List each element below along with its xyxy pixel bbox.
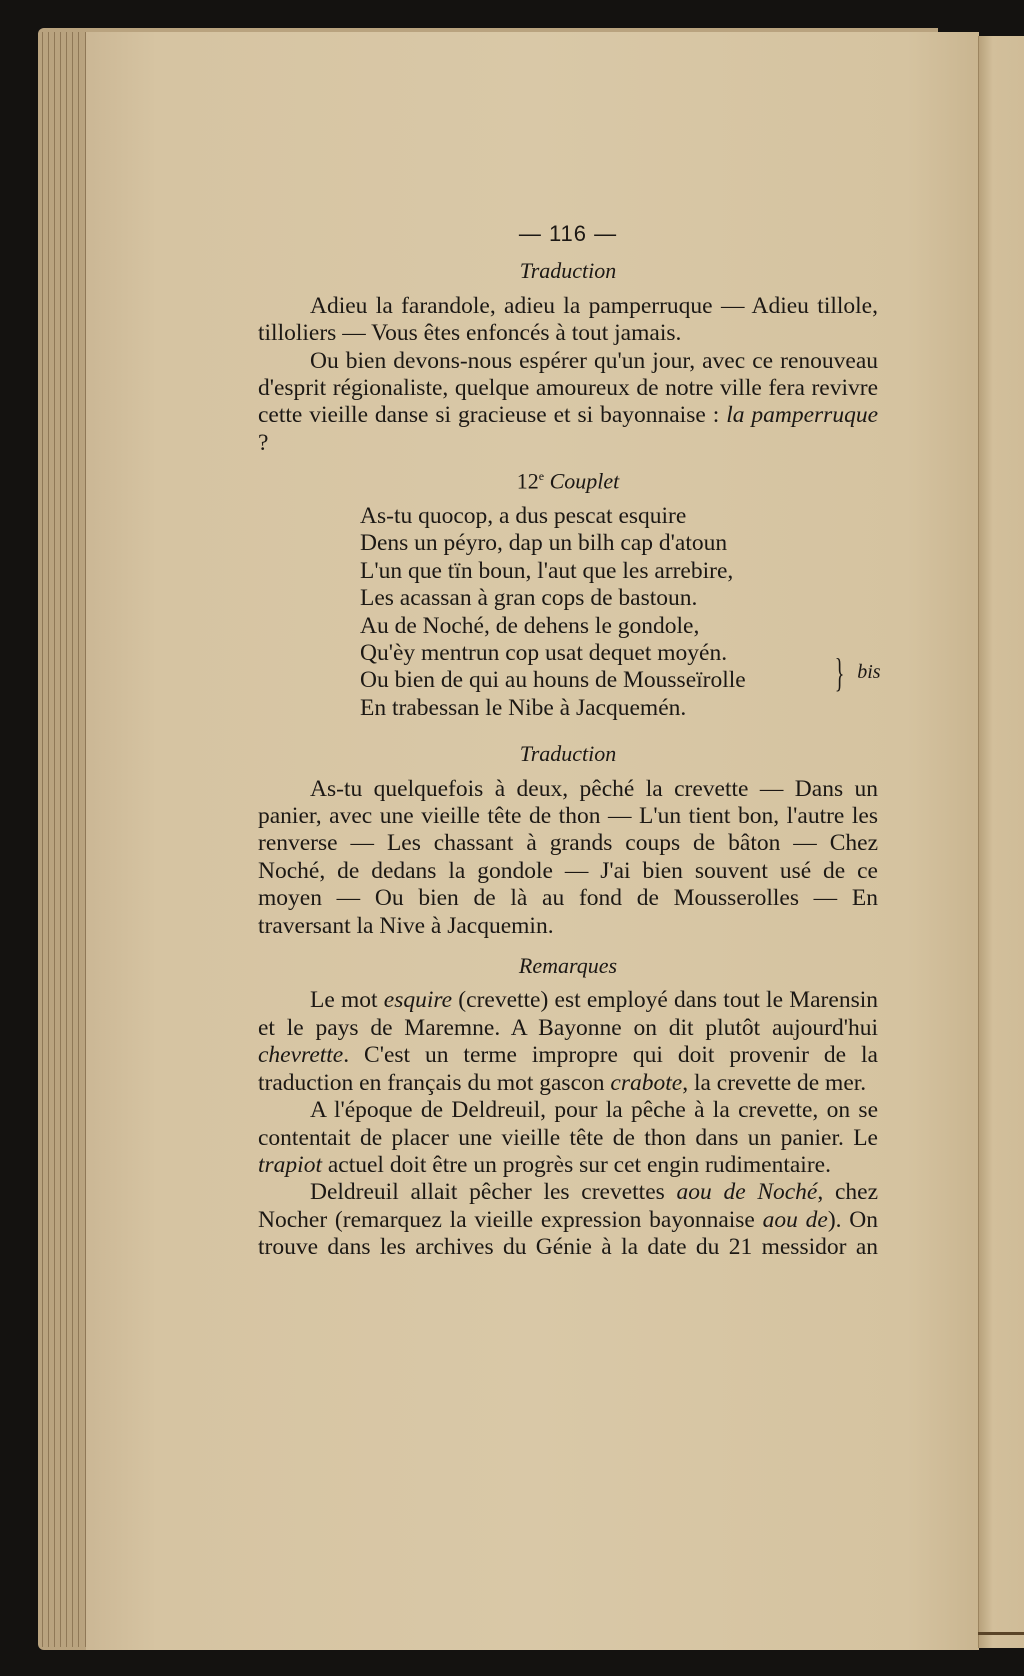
section-heading-traduction-1: Traduction — [258, 257, 878, 284]
italic-term: chevrette — [258, 1042, 343, 1068]
paragraph: Ou bien devons-nous espérer qu'un jour, … — [258, 348, 878, 458]
couplet-ordinal: e — [539, 469, 544, 483]
paragraph: A l'époque de Deldreuil, pour la pêche à… — [258, 1097, 878, 1179]
verse-line: Ou bien de qui au houns de Mousseïrolle — [360, 667, 878, 694]
italic-term: crabote — [610, 1070, 682, 1096]
text: actuel doit être un progrès sur cet engi… — [322, 1152, 831, 1178]
text: Le mot — [310, 987, 384, 1013]
verse-line: En trabessan le Nibe à Jacquemén. — [360, 695, 878, 722]
paragraph: Le mot esquire (crevette) est employé da… — [258, 987, 878, 1097]
verse-line: As-tu quocop, a dus pescat esquire — [360, 503, 878, 530]
section-heading-traduction-2: Traduction — [258, 740, 878, 767]
facing-page-rule — [978, 1632, 1024, 1635]
page-edges — [40, 32, 88, 1647]
verse-line: Au de Noché, de dehens le gondole, — [360, 613, 878, 640]
question-mark: ? — [258, 430, 268, 456]
italic-term: la pamperruque — [726, 402, 878, 428]
paragraph: Adieu la farandole, adieu la pamperruque… — [258, 293, 878, 348]
couplet-number: 12 — [517, 469, 539, 494]
text: , la crevette de mer. — [682, 1070, 866, 1096]
paragraph: Deldreuil allait pêcher les crevettes ao… — [258, 1179, 878, 1261]
repeat-label: bis — [857, 659, 880, 686]
page-content: — 116 — Traduction Adieu la farandole, a… — [258, 220, 878, 1262]
verse-line: Les acassan à gran cops de bastoun. — [360, 585, 878, 612]
italic-term: aou de — [763, 1207, 828, 1233]
text: Deldreuil allait pêcher les crevettes — [310, 1179, 676, 1205]
repeat-marker: } bis — [830, 653, 881, 693]
couplet-label: Couplet — [550, 469, 620, 494]
paragraph: As-tu quelquefois à deux, pêché la creve… — [258, 776, 878, 940]
verse-line: Dens un péyro, dap un bilh cap d'atoun — [360, 530, 878, 557]
verse-line: L'un que tïn boun, l'aut que les arrebir… — [360, 558, 878, 585]
couplet-heading: 12e Couplet — [258, 463, 878, 495]
right-brace-icon: } — [835, 653, 845, 693]
page-number: — 116 — — [258, 220, 878, 247]
facing-page-edge — [978, 36, 1024, 1648]
italic-term: aou de Noché — [676, 1179, 817, 1205]
verse-block: As-tu quocop, a dus pescat esquire Dens … — [360, 503, 878, 722]
text: A l'époque de Deldreuil, pour la pêche à… — [258, 1097, 878, 1150]
section-heading-remarques: Remarques — [258, 952, 878, 979]
italic-term: esquire — [384, 987, 452, 1013]
italic-term: trapiot — [258, 1152, 322, 1178]
verse-line: Qu'èy mentrun cop usat dequet moyén. — [360, 640, 878, 667]
